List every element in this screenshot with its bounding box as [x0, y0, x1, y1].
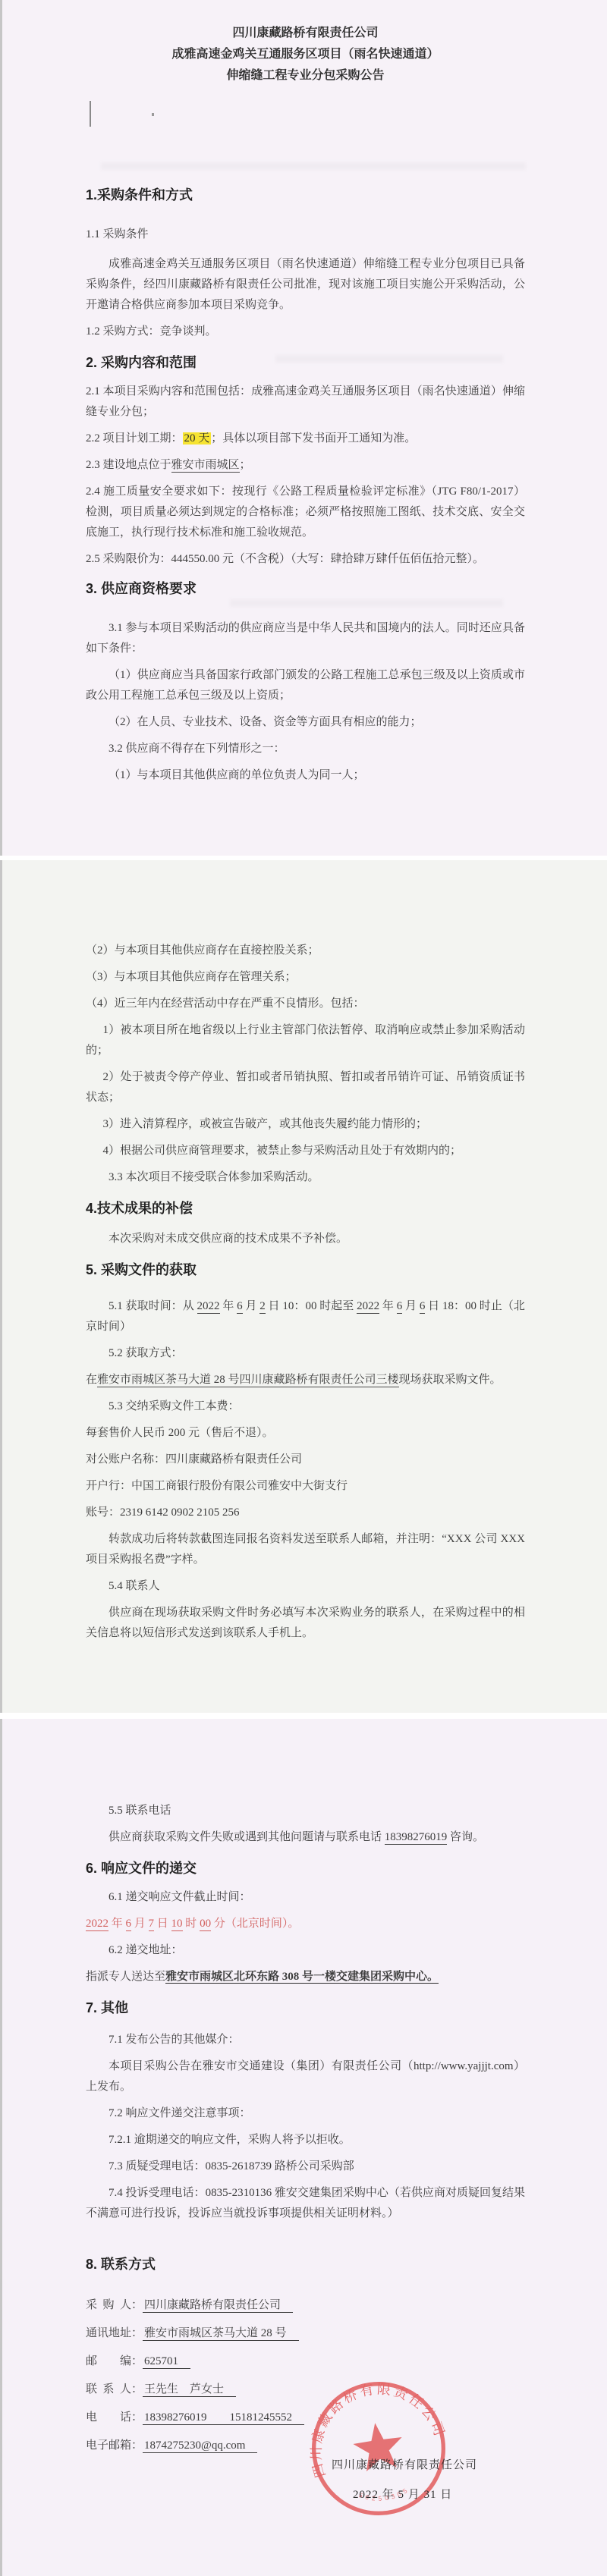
deadline-t5: 分（北京时间）。 — [211, 1918, 299, 1930]
section-7-2-1-text: 7.2.1 逾期递交的响应文件，采购人将予以拒收。 — [86, 2130, 525, 2150]
contact-person-value: 王先生 芦女士 — [143, 2383, 236, 2397]
deadline-hour: 10 — [171, 1918, 183, 1931]
section-6-1-label: 6.1 递交响应文件截止时间： — [86, 1887, 525, 1908]
signature-date: 2022 年 5 月 31 日 — [353, 2485, 452, 2505]
deadline-text: 2022 年 6 月 7 日 10 时 00 分（北京时间）。 — [86, 1914, 525, 1934]
email-value: 1874275230@qq.com — [143, 2439, 257, 2453]
zip-value: 625701 — [143, 2355, 190, 2369]
obtain-place-pre: 在 — [86, 1374, 97, 1386]
deadline-minute: 00 — [200, 1918, 211, 1931]
section-5-3-label: 5.3 交纳采购文件工本费： — [86, 1396, 525, 1417]
section-2-3-text: 2.3 建设地点位于雅安市雨城区； — [86, 455, 525, 476]
obtain-t3: 日 10：00 时起至 — [266, 1300, 357, 1312]
purchaser-value: 四川康藏路桥有限责任公司 — [143, 2299, 293, 2313]
section-3-2-item1: （1）与本项目其他供应商的单位负责人为同一人； — [86, 765, 525, 786]
section-5-5-text: 供应商获取采购文件失败或遇到其他问题请与联系电话 18398276019 咨询。 — [86, 1827, 525, 1848]
section-3-2-sub2: 2）处于被责令停产停业、暂扣或者吊销执照、暂扣或者吊销许可证、吊销资质证书状态； — [86, 1067, 525, 1108]
phone-label: 电 话： — [86, 2411, 143, 2424]
section-3-2-text: 3.2 供应商不得存在下列情形之一： — [86, 739, 525, 759]
deadline-day: 7 — [149, 1918, 155, 1931]
scan-artifact — [90, 101, 91, 127]
scan-bleed — [230, 599, 503, 607]
page-3: 5.5 联系电话 供应商获取采购文件失败或遇到其他问题请与联系电话 183982… — [0, 1719, 607, 2576]
section-3-2-item2: （2）与本项目其他供应商存在直接控股关系； — [86, 941, 525, 961]
section-3-heading: 3. 供应商资格要求 — [86, 579, 525, 598]
obtain-year-end: 2022 — [357, 1300, 379, 1314]
section-7-1-label: 7.1 发布公告的其他媒介： — [86, 2030, 525, 2050]
hotline-phone: 18398276019 — [385, 1831, 448, 1845]
section-3-2-item3: （3）与本项目其他供应商存在管理关系； — [86, 967, 525, 988]
section-7-2-text: 7.2 响应文件递交注意事项： — [86, 2103, 525, 2124]
address-value: 雅安市雨城区茶马大道 28 号 — [143, 2327, 299, 2341]
duration-highlight: 20 天 — [183, 432, 212, 445]
section-1-1-text: 成雅高速金鸡关互通服务区项目（雨名快速通道）伸缩缝工程专业分包项目已具备采购条件… — [86, 254, 525, 316]
contact-person-label: 联 系 人： — [86, 2383, 143, 2395]
deadline-t1: 年 — [109, 1918, 126, 1930]
section-3-1-text: 3.1 参与本项目采购活动的供应商应当是中华人民共和国境内的法人。同时还应具备如… — [86, 618, 525, 659]
obtain-day-start: 2 — [259, 1300, 266, 1314]
company-seal-stamp: 四川康藏路桥有限责任公司 50250305 — [297, 2367, 461, 2531]
location-pre: 2.3 建设地点位于 — [86, 459, 171, 471]
deadline-t4: 时 — [183, 1918, 200, 1930]
account-number-text: 账号：2319 6142 0902 2105 256 — [86, 1503, 525, 1523]
section-5-4-label: 5.4 联系人 — [86, 1576, 525, 1597]
delivery-address-text: 指派专人送达至雅安市雨城区北环东路 308 号一楼交建集团采购中心。 — [86, 1967, 525, 1987]
section-5-heading: 5. 采购文件的获取 — [86, 1260, 525, 1280]
purchaser-field: 采 购 人：四川康藏路桥有限责任公司 — [86, 2295, 525, 2316]
section-3-2-sub1: 1）被本项目所在地省级以上行业主管部门依法暂停、取消响应或禁止参加采购活动的； — [86, 1020, 525, 1061]
section-3-1-item2: （2）在人员、专业技术、设备、资金等方面具有相应的能力； — [86, 712, 525, 733]
obtain-t1: 年 — [220, 1300, 237, 1312]
section-2-4-text: 2.4 施工质量安全要求如下：按现行《公路工程质量检验评定标准》（JTG F80… — [86, 482, 525, 543]
obtain-time-pre: 5.1 获取时间：从 — [109, 1300, 197, 1312]
section-4-text: 本次采购对未成交供应商的技术成果不予补偿。 — [86, 1229, 525, 1249]
deadline-month: 6 — [126, 1918, 132, 1931]
obtain-year-start: 2022 — [197, 1300, 220, 1314]
obtain-t4: 年 — [379, 1300, 397, 1312]
transfer-note-text: 转款成功后将转款截图连同报名资料发送至联系人邮箱，并注明：“XXX 公司 XXX… — [86, 1529, 525, 1570]
obtain-place-underlined: 雅安市雨城区茶马大道 28 号四川康藏路桥有限责任公司三楼 — [97, 1374, 399, 1387]
page-1: 四川康藏路桥有限责任公司 成雅高速金鸡关互通服务区项目（雨名快速通道） 伸缩缝工… — [0, 0, 607, 856]
section-2-2-text: 2.2 项目计划工期：20 天；具体以项目部下发书面开工通知为准。 — [86, 429, 525, 449]
section-7-3-text: 7.3 质疑受理电话：0835-2618739 路桥公司采购部 — [86, 2157, 525, 2177]
section-2-5-text: 2.5 采购限价为：444550.00 元（不含税）（大写：肆拾肆万肆仟伍佰伍拾… — [86, 549, 525, 570]
duration-post: ；具体以项目部下发书面开工通知为准。 — [211, 432, 416, 445]
section-5-4-text: 供应商在现场获取采购文件时务必填写本次采购业务的联系人，在采购过程中的相关信息将… — [86, 1603, 525, 1644]
location-post: ； — [240, 459, 251, 471]
doc-title-notice: 伸缩缝工程专业分包采购公告 — [86, 65, 525, 86]
purchaser-label: 采 购 人： — [86, 2299, 143, 2311]
obtain-t2: 月 — [243, 1300, 260, 1312]
section-1-heading: 1.采购条件和方式 — [86, 185, 525, 205]
section-8-heading: 8. 联系方式 — [86, 2254, 525, 2274]
zip-field: 邮 编：625701 — [86, 2351, 525, 2372]
hotline-pre: 供应商获取采购文件失败或遇到其他问题请与联系电话 — [109, 1831, 385, 1843]
deadline-t3: 日 — [154, 1918, 171, 1930]
section-6-heading: 6. 响应文件的递交 — [86, 1858, 525, 1878]
section-1-2-text: 1.2 采购方式：竞争谈判。 — [86, 322, 525, 342]
section-3-2-sub3: 3）进入清算程序，或被宣告破产，或其他丧失履约能力情形的； — [86, 1114, 525, 1135]
zip-label: 邮 编： — [86, 2355, 143, 2367]
section-5-5-label: 5.5 联系电话 — [86, 1801, 525, 1821]
location-underlined: 雅安市雨城区 — [171, 459, 240, 473]
obtain-month-start: 6 — [237, 1300, 243, 1314]
scan-bleed — [101, 162, 526, 170]
section-7-heading: 7. 其他 — [86, 1998, 525, 2018]
section-3-2-item4: （4）近三年内在经营活动中存在严重不良情形。包括： — [86, 994, 525, 1014]
section-5-1-text: 5.1 获取时间：从 2022 年 6 月 2 日 10：00 时起至 2022… — [86, 1296, 525, 1337]
address-label: 通讯地址： — [86, 2327, 143, 2339]
doc-title-project: 成雅高速金鸡关互通服务区项目（雨名快速通道） — [86, 44, 525, 65]
section-6-2-label: 6.2 递交地址： — [86, 1940, 525, 1961]
scan-bleed — [275, 355, 503, 363]
doc-title-company: 四川康藏路桥有限责任公司 — [86, 23, 525, 44]
section-7-4-text: 7.4 投诉受理电话：0835-2310136 雅安交建集团采购中心（若供应商对… — [86, 2183, 525, 2224]
obtain-place-post: 现场获取采购文件。 — [399, 1374, 502, 1386]
section-3-2-sub4: 4）根据公司供应商管理要求，被禁止参与采购活动且处于有效期内的； — [86, 1141, 525, 1161]
page-2: （2）与本项目其他供应商存在直接控股关系； （3）与本项目其他供应商存在管理关系… — [0, 860, 607, 1713]
section-3-3-text: 3.3 本次项目不接受联合体参加采购活动。 — [86, 1167, 525, 1188]
signature-company: 四川康藏路桥有限责任公司 — [332, 2455, 477, 2476]
scan-artifact — [152, 113, 154, 116]
phone-value: 18398276019 15181245552 — [143, 2411, 304, 2425]
section-5-2-label: 5.2 获取方式： — [86, 1343, 525, 1364]
deadline-t2: 月 — [131, 1918, 149, 1930]
section-5-2-text: 在雅安市雨城区茶马大道 28 号四川康藏路桥有限责任公司三楼现场获取采购文件。 — [86, 1370, 525, 1390]
account-name-text: 对公账户名称：四川康藏路桥有限责任公司 — [86, 1450, 525, 1470]
section-1-1-label: 1.1 采购条件 — [86, 225, 525, 245]
obtain-t5: 月 — [402, 1300, 420, 1312]
bank-text: 开户行：中国工商银行股份有限公司雅安中大街支行 — [86, 1476, 525, 1497]
doc-price-text: 每套售价人民币 200 元（售后不退）。 — [86, 1423, 525, 1444]
deadline-year: 2022 — [86, 1918, 109, 1931]
duration-pre: 2.2 项目计划工期： — [86, 432, 183, 445]
delivery-pre: 指派专人送达至 — [86, 1971, 165, 1983]
address-field: 通讯地址：雅安市雨城区茶马大道 28 号 — [86, 2323, 525, 2344]
section-7-1-text: 本项目采购公告在雅安市交通建设（集团）有限责任公司（http://www.yaj… — [86, 2056, 525, 2097]
hotline-post: 咨询。 — [447, 1831, 484, 1843]
section-4-heading: 4.技术成果的补偿 — [86, 1198, 525, 1218]
email-label: 电子邮箱： — [86, 2439, 143, 2452]
delivery-address-underlined: 雅安市雨城区北环东路 308 号一楼交建集团采购中心。 — [165, 1971, 439, 1984]
section-3-1-item1: （1）供应商应当具备国家行政部门颁发的公路工程施工总承包三级及以上资质或市政公用… — [86, 665, 525, 706]
section-2-1-text: 2.1 本项目采购内容和范围包括：成雅高速金鸡关互通服务区项目（雨名快速通道）伸… — [86, 382, 525, 423]
